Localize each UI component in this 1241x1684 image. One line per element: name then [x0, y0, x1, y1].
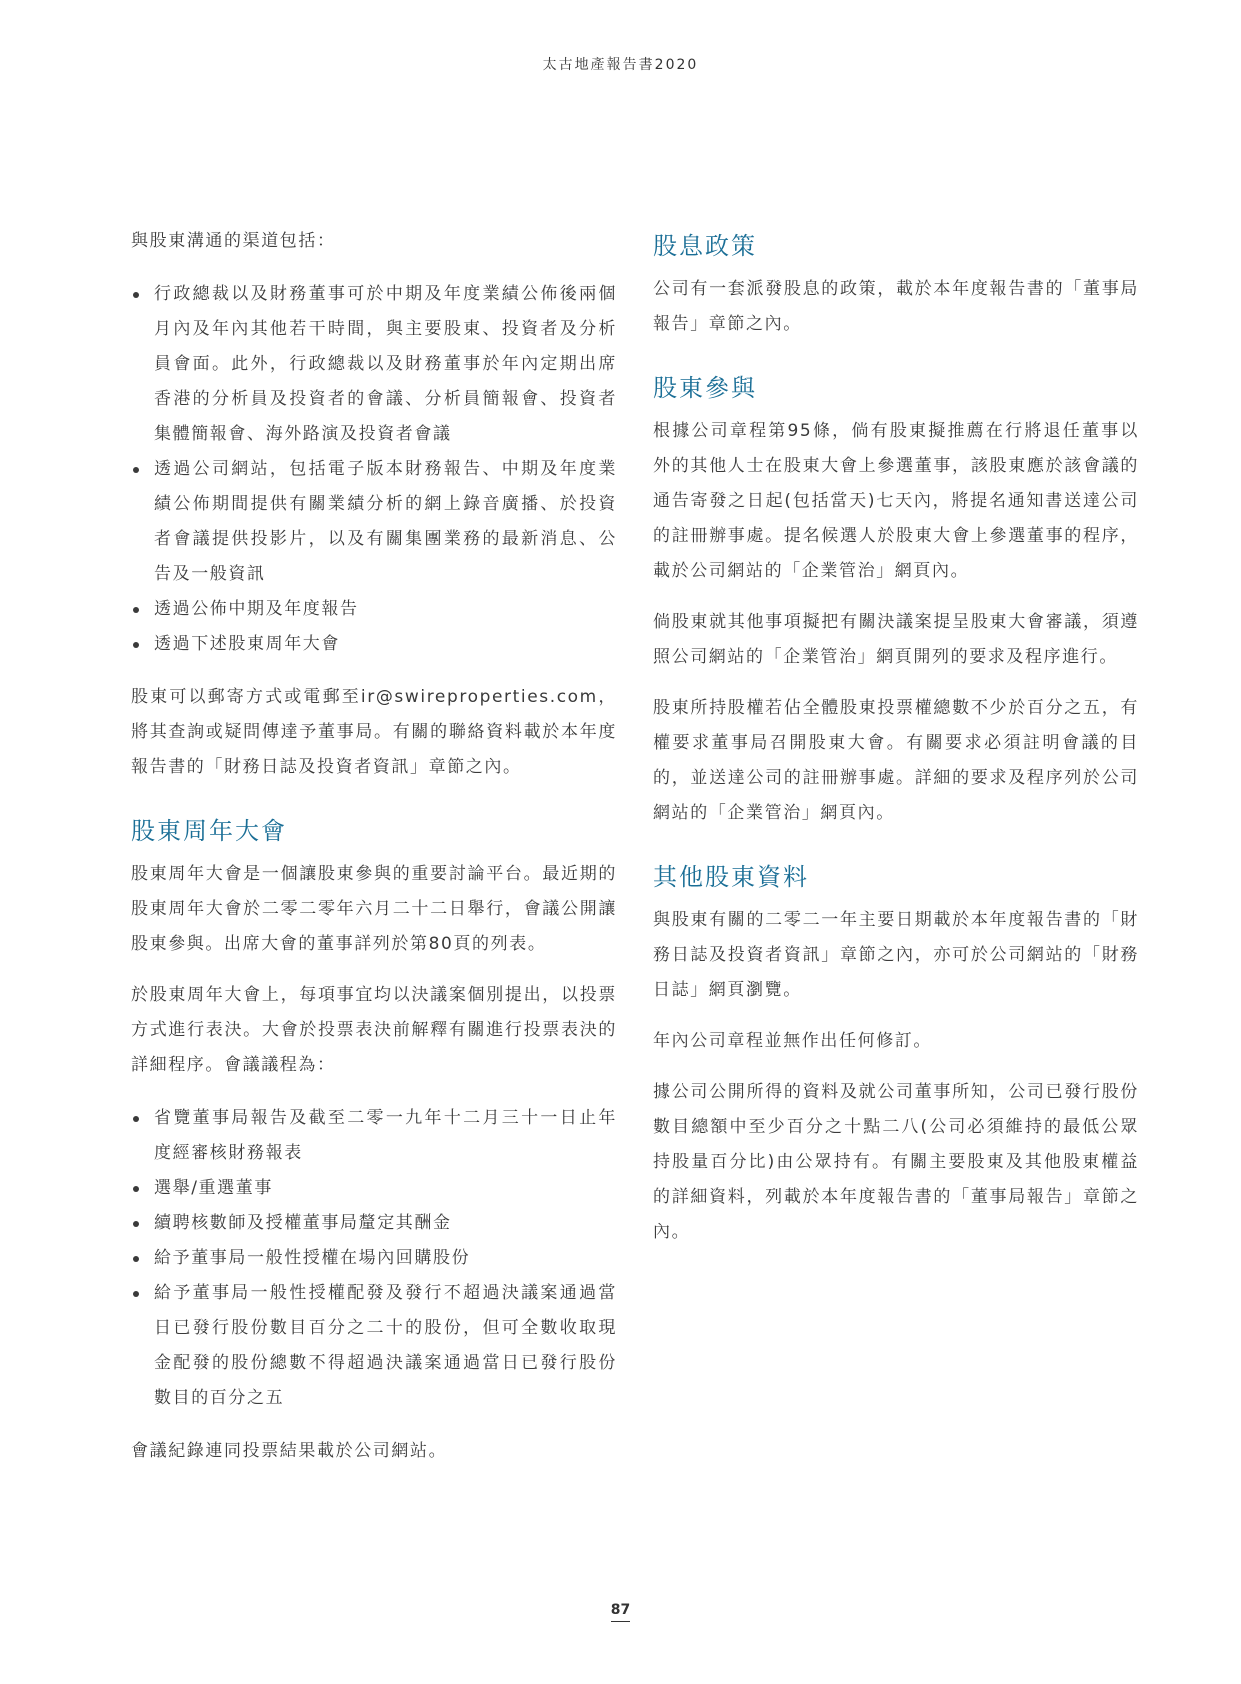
agm-agenda-list: 省覽董事局報告及截至二零一九年十二月三十一日止年度經審核財務報表 選舉/重選董事… — [131, 1101, 617, 1416]
list-item: 行政總裁以及財務董事可於中期及年度業績公佈後兩個月內及年內其他若干時間，與主要股… — [131, 277, 617, 452]
page-number: 87 — [0, 1602, 1241, 1622]
bullet-icon — [133, 1186, 139, 1192]
right-column: 股息政策 公司有一套派發股息的政策，載於本年度報告書的「董事局報告」章節之內。 … — [653, 228, 1139, 1266]
list-item: 給予董事局一般性授權在場內回購股份 — [131, 1241, 617, 1276]
list-item-text: 給予董事局一般性授權配發及發行不超過決議案通過當日已發行股份數目百分之二十的股份… — [154, 1283, 617, 1408]
bullet-icon — [133, 1291, 139, 1297]
list-item: 省覽董事局報告及截至二零一九年十二月三十一日止年度經審核財務報表 — [131, 1101, 617, 1171]
bullet-icon — [133, 1116, 139, 1122]
list-item-text: 透過下述股東周年大會 — [154, 634, 340, 654]
bullet-icon — [133, 1221, 139, 1227]
list-item-text: 給予董事局一般性授權在場內回購股份 — [154, 1248, 470, 1268]
list-item-text: 續聘核數師及授權董事局釐定其酬金 — [154, 1213, 452, 1233]
bullet-icon — [133, 607, 139, 613]
section-heading-dividend-policy: 股息政策 — [653, 228, 1139, 264]
other-info-paragraph-1: 與股東有關的二零二一年主要日期載於本年度報告書的「財務日誌及投資者資訊」章節之內… — [653, 903, 1139, 1008]
agm-paragraph-2: 於股東周年大會上，每項事宜均以決議案個別提出，以投票方式進行表決。大會於投票表決… — [131, 978, 617, 1083]
agm-paragraph-1: 股東周年大會是一個讓股東參與的重要討論平台。最近期的股東周年大會於二零二零年六月… — [131, 857, 617, 962]
participation-paragraph-1: 根據公司章程第95條，倘有股東擬推薦在行將退任董事以外的其他人士在股東大會上參選… — [653, 414, 1139, 589]
list-item-text: 省覽董事局報告及截至二零一九年十二月三十一日止年度經審核財務報表 — [154, 1108, 617, 1163]
list-item: 透過公司網站，包括電子版本財務報告、中期及年度業績公佈期間提供有關業績分析的網上… — [131, 452, 617, 592]
page-number-text: 87 — [611, 1602, 630, 1622]
list-item-text: 選舉/重選董事 — [154, 1178, 273, 1198]
participation-paragraph-2: 倘股東就其他事項擬把有關決議案提呈股東大會審議，須遵照公司網站的「企業管治」網頁… — [653, 605, 1139, 675]
dividend-policy-paragraph: 公司有一套派發股息的政策，載於本年度報告書的「董事局報告」章節之內。 — [653, 272, 1139, 342]
list-item-text: 透過公佈中期及年度報告 — [154, 599, 359, 619]
section-heading-shareholder-participation: 股東參與 — [653, 370, 1139, 406]
channels-intro: 與股東溝通的渠道包括： — [131, 224, 617, 259]
list-item: 選舉/重選董事 — [131, 1171, 617, 1206]
running-header: 太古地產報告書2020 — [0, 54, 1241, 74]
other-info-paragraph-2: 年內公司章程並無作出任何修訂。 — [653, 1024, 1139, 1059]
list-item: 透過下述股東周年大會 — [131, 627, 617, 662]
list-item-text: 透過公司網站，包括電子版本財務報告、中期及年度業績公佈期間提供有關業績分析的網上… — [154, 459, 617, 584]
section-heading-agm: 股東周年大會 — [131, 813, 617, 849]
bullet-icon — [133, 292, 139, 298]
agm-closing: 會議紀錄連同投票結果載於公司網站。 — [131, 1434, 617, 1469]
bullet-icon — [133, 1256, 139, 1262]
participation-paragraph-3: 股東所持股權若佔全體股東投票權總數不少於百分之五，有權要求董事局召開股東大會。有… — [653, 691, 1139, 831]
contact-paragraph: 股東可以郵寄方式或電郵至ir@swireproperties.com，將其查詢或… — [131, 680, 617, 785]
channels-list: 行政總裁以及財務董事可於中期及年度業績公佈後兩個月內及年內其他若干時間，與主要股… — [131, 277, 617, 662]
bullet-icon — [133, 467, 139, 473]
other-info-paragraph-3: 據公司公開所得的資料及就公司董事所知，公司已發行股份數目總額中至少百分之十點二八… — [653, 1075, 1139, 1250]
bullet-icon — [133, 642, 139, 648]
left-column: 與股東溝通的渠道包括： 行政總裁以及財務董事可於中期及年度業績公佈後兩個月內及年… — [131, 224, 617, 1485]
list-item-text: 行政總裁以及財務董事可於中期及年度業績公佈後兩個月內及年內其他若干時間，與主要股… — [154, 284, 617, 444]
list-item: 給予董事局一般性授權配發及發行不超過決議案通過當日已發行股份數目百分之二十的股份… — [131, 1276, 617, 1416]
section-heading-other-information: 其他股東資料 — [653, 859, 1139, 895]
list-item: 透過公佈中期及年度報告 — [131, 592, 617, 627]
list-item: 續聘核數師及授權董事局釐定其酬金 — [131, 1206, 617, 1241]
